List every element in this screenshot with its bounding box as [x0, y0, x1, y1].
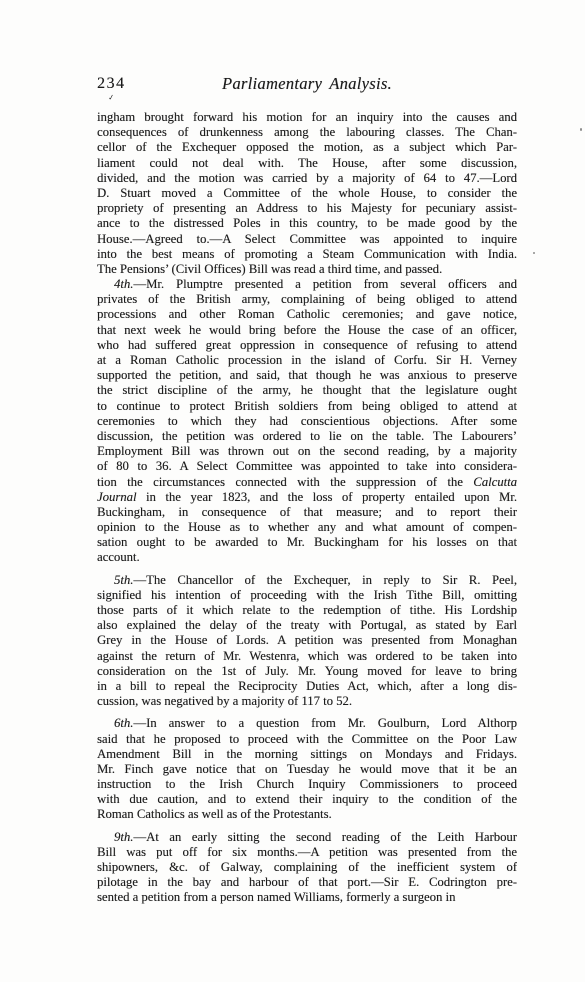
text-line: Buckingham, in consequence of that measu… [97, 505, 517, 520]
running-title: Parliamentary Analysis. [97, 74, 517, 94]
text-line: discussion, the petition was ordered to … [97, 429, 517, 444]
text-line: those parts of it which relate to the re… [97, 603, 517, 618]
text-line: in a bill to repeal the Reciprocity Duti… [97, 679, 517, 694]
text-line: said that he proposed to proceed with th… [97, 732, 517, 747]
text-line: tion the circumstances connected with th… [97, 475, 517, 490]
scan-speckle [580, 128, 582, 131]
italic-text: 5th. [114, 573, 133, 587]
text-line: 4th.—Mr. Plumptre presented a petition f… [97, 277, 517, 292]
text-line: of 80 to 36. A Select Committee was appo… [97, 459, 517, 474]
text-line: Amendment Bill in the morning sittings o… [97, 747, 517, 762]
paragraph: ingham brought forward his motion for an… [97, 110, 517, 277]
text-line: Bill was put off for six months.—A petit… [97, 845, 517, 860]
text-line: supported the petition, and said, that t… [97, 368, 517, 383]
text-line: instruction to the Irish Church Inquiry … [97, 777, 517, 792]
text-line: to continue to protect British soldiers … [97, 399, 517, 414]
italic-text: 4th. [114, 277, 133, 291]
text-line: cellor of the Exchequer opposed the moti… [97, 140, 517, 155]
text-line: ceremonies to which they had conscientio… [97, 414, 517, 429]
text-line: sented a petition from a person named Wi… [97, 890, 517, 905]
text-line: ingham brought forward his motion for an… [97, 110, 517, 125]
text-line: ance to the distressed Poles in this cou… [97, 216, 517, 231]
scan-speckle [533, 252, 535, 254]
text-line: Mr. Finch gave notice that on Tuesday he… [97, 762, 517, 777]
text-line: into the best means of promoting a Steam… [97, 247, 517, 262]
paragraph: 4th.—Mr. Plumptre presented a petition f… [97, 277, 517, 566]
paragraph: 6th.—In answer to a question from Mr. Go… [97, 716, 517, 822]
text-line: Employment Bill was thrown out on the se… [97, 444, 517, 459]
text-line: that next week he would bring before the… [97, 323, 517, 338]
text-line: House.—Agreed to.—A Select Committee was… [97, 232, 517, 247]
text-line: 6th.—In answer to a question from Mr. Go… [97, 716, 517, 731]
text-line: cussion, was negatived by a majority of … [97, 694, 517, 709]
text-line: processions and other Roman Catholic cer… [97, 307, 517, 322]
text-line: consideration on the 1st of July. Mr. Yo… [97, 664, 517, 679]
text-line: 9th.—At an early sitting the second read… [97, 830, 517, 845]
text-line: the strict discipline of the army, he th… [97, 383, 517, 398]
text-line: shipowners, &c. of Galway, complaining o… [97, 860, 517, 875]
paragraph: 9th.—At an early sitting the second read… [97, 830, 517, 906]
text-line: Roman Catholics as well as of the Protes… [97, 807, 517, 822]
text-block: ingham brought forward his motion for an… [97, 110, 517, 906]
text-line: also explained the delay of the treaty w… [97, 618, 517, 633]
text-segment: —In answer to a question from Mr. Goulbu… [133, 716, 517, 730]
text-line: divided, and the motion was carried by a… [97, 171, 517, 186]
text-line: pilotage in the bay and harbour of that … [97, 875, 517, 890]
italic-text: 9th. [114, 830, 133, 844]
text-line: opinion to the House as to whether any a… [97, 520, 517, 535]
text-line: account. [97, 550, 517, 565]
pen-tick-mark: ✓ [107, 93, 115, 102]
paragraph: 5th.—The Chancellor of the Exchequer, in… [97, 573, 517, 710]
text-segment: —At an early sitting the second reading … [133, 830, 517, 844]
text-segment: in the year 1823, and the loss of proper… [136, 490, 517, 504]
text-line: who had suffered great oppression in con… [97, 338, 517, 353]
text-line: privates of the British army, complainin… [97, 292, 517, 307]
text-line: consequences of drunkenness among the la… [97, 125, 517, 140]
text-line: sation ought to be awarded to Mr. Buckin… [97, 535, 517, 550]
text-line: propriety of presenting an Address to hi… [97, 201, 517, 216]
text-line: D. Stuart moved a Committee of the whole… [97, 186, 517, 201]
text-line: at a Roman Catholic procession in the is… [97, 353, 517, 368]
text-line: 5th.—The Chancellor of the Exchequer, in… [97, 573, 517, 588]
text-line: Journal in the year 1823, and the loss o… [97, 490, 517, 505]
text-line: with due caution, and to extend their in… [97, 792, 517, 807]
italic-text: 6th. [114, 716, 133, 730]
italic-text: Journal [97, 490, 136, 504]
text-segment: —The Chancellor of the Exchequer, in rep… [133, 573, 517, 587]
text-line: liament could not deal with. The House, … [97, 156, 517, 171]
text-line: against the return of Mr. Westenra, whic… [97, 649, 517, 664]
text-segment: tion the circumstances connected with th… [97, 475, 473, 489]
text-line: Grey in the House of Lords. A petition w… [97, 633, 517, 648]
text-line: signified his intention of proceeding wi… [97, 588, 517, 603]
text-segment: —Mr. Plumptre presented a petition from … [133, 277, 517, 291]
italic-text: Calcutta [473, 475, 517, 489]
text-line: The Pensions’ (Civil Offices) Bill was r… [97, 262, 517, 277]
